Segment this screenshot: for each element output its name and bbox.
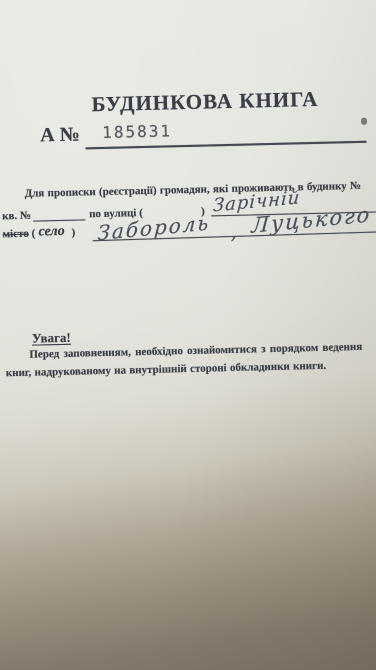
village-label: село (38, 224, 64, 241)
serial-number-stamp: 185831 (102, 121, 172, 142)
apartment-number-blank-line (33, 219, 85, 222)
intro-paragraph: Для прописки (реєстрації) громадян, які … (24, 180, 361, 200)
edge-smudge (361, 118, 367, 125)
village-close-paren: ) (71, 227, 75, 239)
city-label-struck-through: місто (2, 228, 28, 241)
apartment-number-label: кв. № (2, 210, 31, 223)
notice-heading: Увага! (32, 330, 71, 347)
book-title: БУДИНКОВА КНИГА (91, 87, 318, 117)
serial-underline (86, 141, 367, 150)
document-photo: БУДИНКОВА КНИГА А № 185831 Для прописки … (0, 0, 376, 670)
notice-text-line2: книг, надрукованому на внутрішній сторон… (6, 360, 327, 380)
notice-text-line1: Перед заповненням, необхідно ознайомитис… (29, 341, 362, 361)
document-page: БУДИНКОВА КНИГА А № 185831 Для прописки … (0, 0, 376, 670)
serial-prefix: А № (40, 123, 80, 147)
village-open-paren: ( (31, 228, 35, 240)
handwritten-comma: , (230, 223, 236, 244)
